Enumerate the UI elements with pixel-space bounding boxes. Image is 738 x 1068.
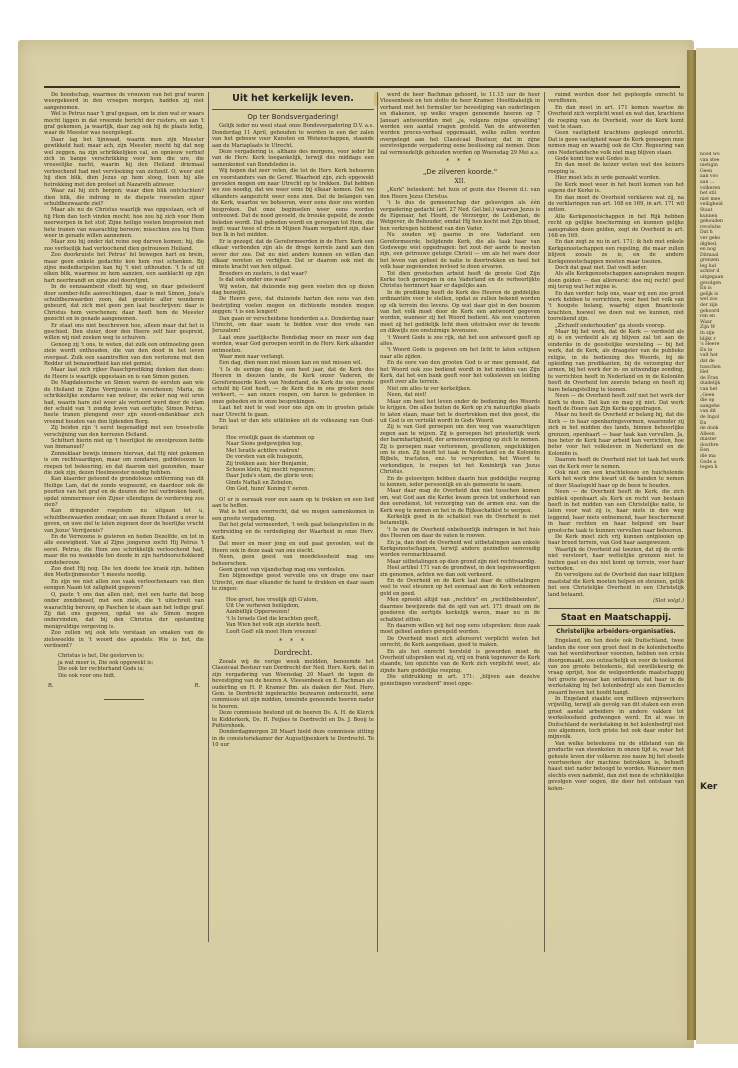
fragment-lines: nood wovan steenietiginGeenaan vooaan ..… bbox=[700, 152, 738, 471]
paragraph: Ook niet om een krachtelooze en huichele… bbox=[548, 470, 684, 489]
paragraph: Zij is van God geroepen om den weg van w… bbox=[380, 424, 540, 475]
end-rule bbox=[104, 699, 144, 700]
article-number: XII. bbox=[380, 179, 540, 185]
column-3: werd de heer Bachman gehoord, te 11.15 u… bbox=[380, 92, 540, 1022]
paragraph: Laat onze jaarlijksche Bondsdag meer en … bbox=[212, 335, 374, 354]
paragraph: Kan klaarder getoond de grondelooze ontf… bbox=[44, 476, 204, 508]
paragraph: De Overheid moet zich allereerst verplic… bbox=[380, 636, 540, 649]
paragraph: De Kerk moet weer in het bezit komen van… bbox=[548, 182, 684, 195]
paragraph: Waar zal hij zich bergen; waar dien blik… bbox=[44, 188, 204, 207]
paragraph: 't Is van de Overheid onbehoorlijk indri… bbox=[380, 527, 540, 540]
divider bbox=[548, 608, 684, 609]
paragraph: En ja, dan doet de Overheid wel uitbetal… bbox=[380, 540, 540, 559]
psalm-verse: Hoe vroolijk gaan de stammen opNaar Sion… bbox=[226, 435, 374, 493]
paragraph: ruimd worden door het gepleegde onrecht … bbox=[548, 92, 684, 105]
paragraph: Maar daar mag de Overheid dan niet tussc… bbox=[380, 488, 540, 514]
paragraph: Maar om heel het leven onder de bedienin… bbox=[380, 399, 540, 425]
paragraph: Zij beiden zijn 't eerst begenadigd met … bbox=[44, 425, 204, 438]
scripture-verse: Christus is het, Die gestorven is;ja wat… bbox=[58, 653, 204, 679]
psalm-verse: Hoe groot, hoe vroolijk zijt G'alom,Uit … bbox=[226, 597, 374, 635]
paragraph: Geen vastigheid krachtens gepleegd onrec… bbox=[548, 130, 684, 156]
article-title-zilveren-koorde: „De zilveren koorde." bbox=[380, 169, 540, 175]
paragraph: Schittert hierin niet op 't heerlijkst d… bbox=[44, 438, 204, 451]
paragraph: Genoeg zij 't ons, te weten, dat zulk ee… bbox=[44, 342, 204, 368]
paragraph: Maar zou hij onder dat reine oog durven … bbox=[44, 239, 204, 252]
paragraph: Zonneklaar bewijs immers hiervan, dat Hi… bbox=[44, 451, 204, 477]
paragraph: Alle Kerkgenootschappen in het Rijk hebb… bbox=[548, 214, 684, 240]
paragraph: O! er is oorzaak voor een saam op te tre… bbox=[212, 497, 374, 510]
paragraph: Engeland, en ten deele ook Duitschland, … bbox=[548, 638, 684, 696]
paragraph: Maar nu heeft de Overheid er belang bij,… bbox=[548, 412, 684, 457]
paragraph: En als het onrecht hersteld is geworden … bbox=[380, 649, 540, 675]
paragraph: En de Overheid en de Kerk laat daar de u… bbox=[380, 578, 540, 597]
paragraph: De Heere geve, dat duizende harten den e… bbox=[212, 296, 374, 315]
fragment-line: tegen h bbox=[700, 465, 738, 471]
article-paragraphs: O! er is oorzaak voor een saam op te tre… bbox=[212, 497, 374, 593]
paragraph: Van welke beteekenis nu de stilstand van… bbox=[548, 741, 684, 792]
column-divider bbox=[208, 92, 209, 942]
paragraph: En dan verder: help ons, waar wij een zo… bbox=[548, 291, 684, 323]
paragraph: 't Is de eenige dag in een heel jaar, da… bbox=[212, 367, 374, 405]
verse-line: Om God, hunn' Koning t' eeren. bbox=[226, 486, 374, 492]
paragraph: 't Is dus de gemeenschap der geloovigen … bbox=[380, 200, 540, 232]
paragraph: Als alle Kerkgenootschappen aanspraken m… bbox=[548, 271, 684, 290]
paragraph: Zoo doorkruiste het Petrus' fel bewegen … bbox=[44, 252, 204, 284]
section-separator: * * * bbox=[380, 159, 540, 165]
paragraph: Wij weten, dat duizende nog geen voeten … bbox=[212, 284, 374, 297]
paragraph: 't Woord Gods is gegeven om het licht te… bbox=[380, 347, 540, 360]
paragraph: Neen — de Overheid heeft de Kerk, die zi… bbox=[548, 489, 684, 534]
divider bbox=[212, 109, 374, 110]
paragraph: 't Woord Gods is zoo rijk, dat het een a… bbox=[380, 335, 540, 348]
paragraph: En dan moet de keizer weten wat des keiz… bbox=[548, 162, 684, 175]
paragraph: En zijn we niet allen zoo vaak verlooche… bbox=[44, 579, 204, 592]
verse-line: Die ook voor ons bidt. bbox=[58, 673, 204, 679]
paragraph: Neen, geen geest van moedeloosheid mag o… bbox=[212, 554, 374, 567]
header-rule bbox=[44, 86, 680, 88]
paragraph: En de Verrezene is gisteren en heden Dez… bbox=[44, 534, 204, 566]
signature-right: R. bbox=[194, 683, 200, 689]
column-4: ruimd worden door het gepleegde onrecht … bbox=[548, 92, 684, 1022]
paragraph: Deze commissie bestond uit de heeren Ds.… bbox=[212, 710, 374, 729]
signature: R. R. bbox=[44, 683, 204, 689]
column-divider bbox=[544, 92, 545, 952]
signature-left: R. bbox=[48, 683, 54, 689]
section-title-staat: Staat en Maatschappij. bbox=[548, 615, 684, 621]
paragraph: Nu zouden wij gaarne in ons Vaderland ee… bbox=[380, 232, 540, 270]
article-paragraphs: werd de heer Bachman gehoord, te 11.15 u… bbox=[380, 92, 540, 156]
paragraph: Kerkelijk goed in de schatkist van de Ov… bbox=[380, 514, 540, 527]
verse-line: Looft God! elk moet Hem vreezen! bbox=[226, 629, 374, 635]
paragraph: Wat is het een voorrecht, dat we mogen s… bbox=[212, 509, 374, 522]
page-gutter bbox=[687, 50, 696, 1040]
paragraph: Gelijk ieder nu weel staat onze Bondsver… bbox=[212, 123, 374, 149]
paragraph: Neen — de Overheid heeft zelf niet het w… bbox=[548, 393, 684, 412]
paragraph: In de prediking heeft de Kerk des Heeren… bbox=[380, 290, 540, 335]
paragraph: Een blijmoedige geest vervulle ons en dr… bbox=[212, 573, 374, 592]
paragraph: In de eenzaamheid vliedt hij weg, en daa… bbox=[44, 284, 204, 322]
section-separator: * * * bbox=[212, 639, 374, 645]
article-paragraphs: Gelijk ieder nu weel staat onze Bondsver… bbox=[212, 123, 374, 431]
paragraph: En daarom willen wij het nog eens uitspr… bbox=[380, 623, 540, 636]
paragraph: Wij hopen dat zeer velen, die tot de Her… bbox=[212, 168, 374, 238]
article-paragraphs: Engeland, en ten deele ook Duitschland, … bbox=[548, 638, 684, 792]
article-title-dordrecht: Dordrecht. bbox=[212, 650, 374, 656]
paragraph: Kan dringender roepstem nu uitgaan tot u… bbox=[44, 508, 204, 534]
article-paragraphs: „Kerk" beteekent: het huis of gezin des … bbox=[380, 187, 540, 687]
paragraph: De Magdaleensche en Simon waren de eerst… bbox=[44, 380, 204, 425]
to-be-continued: (Slot volgt.) bbox=[548, 598, 684, 604]
paragraph: En dan moet de Overheid verklaren wat zi… bbox=[548, 195, 684, 214]
column-1-devotional: De boodschap, waarmee de vrouwen van het… bbox=[44, 92, 204, 912]
divider bbox=[548, 625, 684, 626]
article-paragraphs: ruimd worden door het gepleegde onrecht … bbox=[548, 92, 684, 598]
paragraph: Laat het niet te veel voor ons zijn om i… bbox=[212, 405, 374, 418]
article-title-bondsvergadering: Op ter Bondsvergadering! bbox=[212, 114, 374, 120]
next-page-heading-fragment: Ker bbox=[700, 782, 717, 792]
paragraph: Maar laat zich rijker Paaschprediking de… bbox=[44, 367, 204, 380]
paragraph: Daarom heeft de Overheid niet tot taak h… bbox=[548, 457, 684, 470]
paragraph: „Kerk" beteekent: het huis of gezin des … bbox=[380, 187, 540, 200]
paragraph: En de eere van den grooten God is er mee… bbox=[380, 360, 540, 386]
paragraph: Deze vergadering is, althans des morgens… bbox=[212, 149, 374, 168]
paragraph: En laat er dan iets uitklinken uit de vo… bbox=[212, 418, 374, 431]
paragraph: Er is gezegd, dat de Gereformeerden in d… bbox=[212, 239, 374, 271]
paragraph: Daar lag het lijnwaad, waarin men zijn M… bbox=[44, 137, 204, 188]
paragraph: Wel is Petrus naar 't graf gegaan, om te… bbox=[44, 111, 204, 137]
column-2-church-life: Uit het kerkelijk leven. Op ter Bondsver… bbox=[212, 92, 374, 1022]
paragraph: Zoo doet Hij nog. Die ten doode toe kran… bbox=[44, 566, 204, 579]
paragraph: Maar bij het werk, dat de Kerk — verdeel… bbox=[548, 329, 684, 393]
paragraph: Dat meer en meer jong en oud gaat gevoel… bbox=[212, 541, 374, 554]
paragraph: Maar als nu de Christus waarlijk was opg… bbox=[44, 207, 204, 239]
paragraph: Waarlijk de Overheid zal toezien, dat zi… bbox=[548, 547, 684, 573]
paragraph: Die uitdrukking in art. 171: „blijven aa… bbox=[380, 674, 540, 687]
paragraph: In Engeland staakte een millioen mijnwer… bbox=[548, 696, 684, 741]
paragraph: Donderdagmorgen 28 Maart hield deze comm… bbox=[212, 729, 374, 748]
article-title-arbeiders: Christelijke arbeiders-organisaties. bbox=[548, 629, 684, 635]
column-divider bbox=[377, 92, 378, 952]
paragraph: Zoo zullen wij ook iets verstaan en smak… bbox=[44, 630, 204, 649]
section-title: Uit het kerkelijk leven. bbox=[212, 93, 374, 105]
paragraph: De Kerk moet zich vrij kunnen ontplooien… bbox=[548, 534, 684, 547]
paragraph: Een dag, dien men niet missen kan en nie… bbox=[212, 360, 374, 366]
paragraph: Heel artikel 171 van de grondwet, in den… bbox=[380, 565, 540, 578]
column-1-paragraphs: De boodschap, waarmee de vrouwen van het… bbox=[44, 92, 204, 649]
paragraph: En vervolgens zal de Overheid dan naar b… bbox=[548, 572, 684, 598]
paragraph: Tot dien grootschen arbeid heeft de groo… bbox=[380, 271, 540, 290]
paragraph: De boodschap, waarmee de vrouwen van het… bbox=[44, 92, 204, 111]
paragraph: Zooals wij de vorige week meldden, benoe… bbox=[212, 659, 374, 710]
paragraph: En dan zegt ze nu in art. 171: ik heb me… bbox=[548, 239, 684, 265]
article-paragraphs: Zooals wij de vorige week meldden, benoe… bbox=[212, 659, 374, 749]
paragraph: En de geloovigen hebben daarin hun godde… bbox=[380, 476, 540, 489]
paragraph: Er staat ons niet beschreven hoe, alleen… bbox=[44, 323, 204, 342]
paragraph: werd de heer Bachman gehoord, te 11.15 u… bbox=[380, 92, 540, 156]
paragraph: Dan gaan er verscheidene honderden a.s. … bbox=[212, 316, 374, 335]
paragraph: Men spreekt altijd van „rechten" en „rec… bbox=[380, 597, 540, 623]
next-page-column-fragment: nood wovan steenietiginGeenaan vooaan ..… bbox=[700, 152, 738, 632]
paragraph: O, paste 't ons dan allen niet, met een … bbox=[44, 592, 204, 630]
paragraph: En dan moet in art. 171 komen waartoe de… bbox=[548, 105, 684, 131]
paragraph: Dat het getal vermeerdert, 't welk gaat … bbox=[212, 522, 374, 541]
